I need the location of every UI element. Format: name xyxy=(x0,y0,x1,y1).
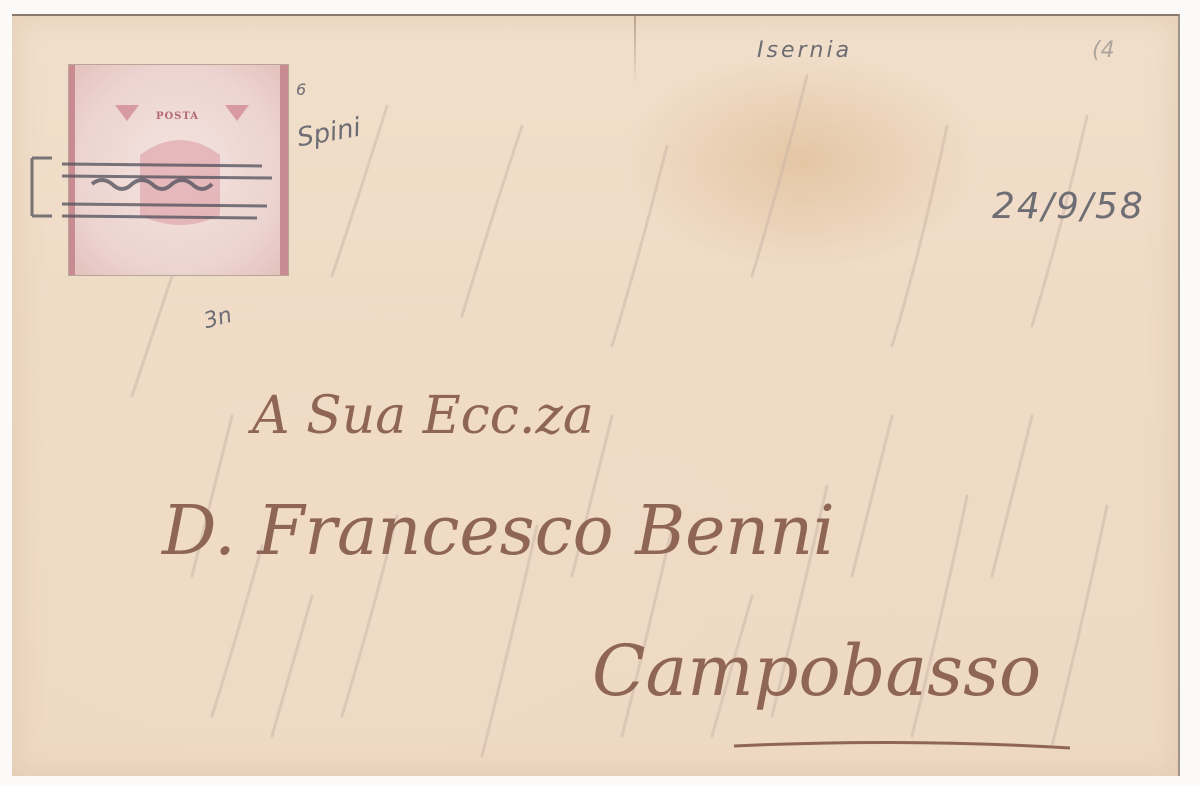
pencil-date: 24/9/58 xyxy=(992,186,1145,227)
letter-sheet: POSTA Isernia (4 6 Spini 3n 24/9/58 A Su… xyxy=(12,14,1180,776)
pencil-note-isernia: Isernia xyxy=(757,38,852,63)
cancellation-mark-icon xyxy=(22,156,282,236)
address-line-1: A Sua Ecc.za xyxy=(252,386,594,446)
pencil-note-number: 6 xyxy=(296,80,306,99)
address-line-3: Campobasso xyxy=(592,630,1041,712)
stamp-inscription: POSTA xyxy=(75,111,280,122)
address-line-2: D. Francesco Benni xyxy=(162,492,835,571)
underline-flourish-icon xyxy=(732,736,1072,756)
pencil-note-fragment: (4 xyxy=(1092,38,1115,63)
